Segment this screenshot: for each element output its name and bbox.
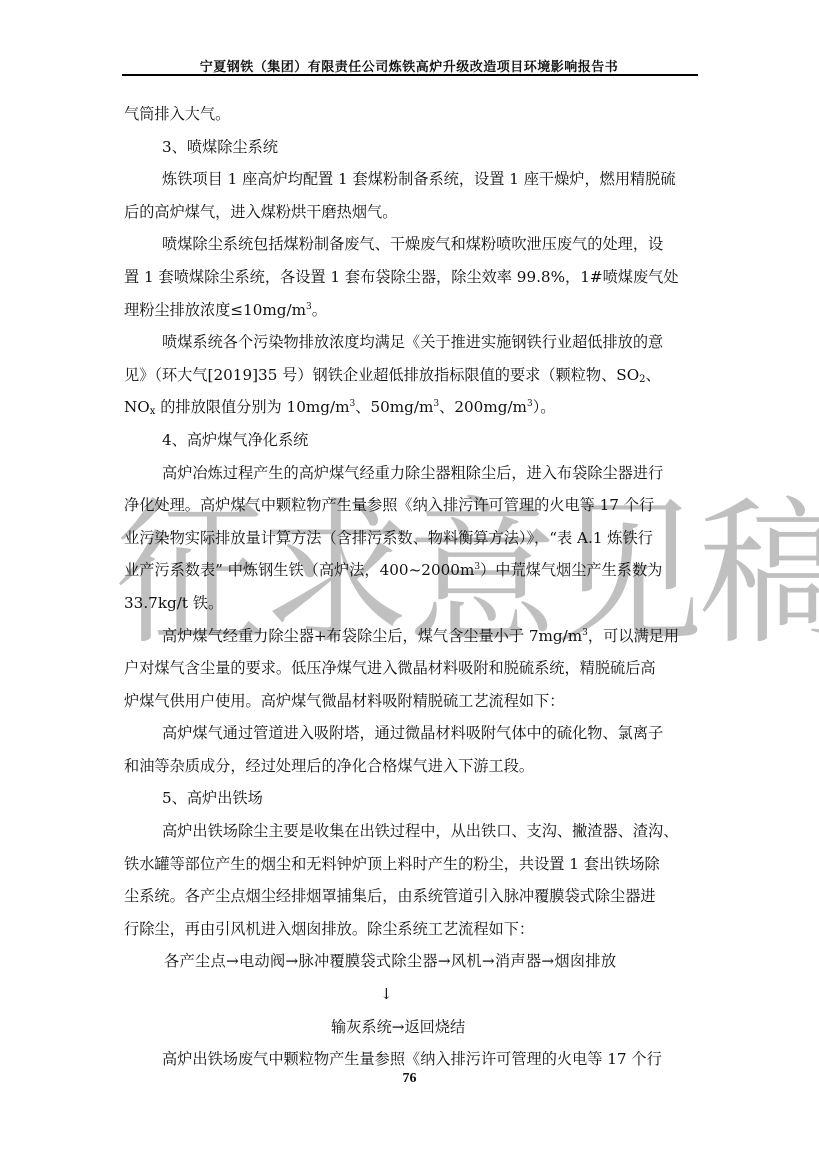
- paragraph-s4-2: 高炉煤气经重力除尘器+布袋除尘后，煤气含尘量小于 7mg/m3，可以满足用 户对…: [124, 620, 697, 718]
- paragraph-s3-1: 炼铁项目 1 座高炉均配置 1 套煤粉制备系统，设置 1 座干燥炉，燃用精脱硫 …: [124, 163, 697, 228]
- page-number: 76: [0, 1071, 819, 1087]
- process-flow-main: 各产尘点→电动阀→脉冲覆膜袋式除尘器→风机→消声器→烟囱排放: [124, 945, 697, 978]
- document-body: 气筒排入大气。 3、喷煤除尘系统 炼铁项目 1 座高炉均配置 1 套煤粉制备系统…: [124, 98, 697, 1076]
- paragraph-s5-1: 高炉出铁场除尘主要是收集在出铁过程中，从出铁口、支沟、撇渣器、渣沟、 铁水罐等部…: [124, 815, 697, 945]
- section-heading-3: 3、喷煤除尘系统: [124, 131, 697, 164]
- paragraph-s3-3: 喷煤系统各个污染物排放浓度均满足《关于推进实施钢铁行业超低排放的意 见》（环大气…: [124, 326, 697, 424]
- section-heading-5: 5、高炉出铁场: [124, 782, 697, 815]
- down-arrow-icon: ↓: [124, 978, 697, 1011]
- process-flow-diagram: 各产尘点→电动阀→脉冲覆膜袋式除尘器→风机→消声器→烟囱排放 ↓ 输灰系统→返回…: [124, 945, 697, 1043]
- section-heading-4: 4、高炉煤气净化系统: [124, 424, 697, 457]
- paragraph-s4-3: 高炉煤气通过管道进入吸附塔，通过微晶材料吸附气体中的硫化物、氯离子 和油等杂质成…: [124, 717, 697, 782]
- paragraph-s3-2: 喷煤除尘系统包括煤粉制备废气、干燥废气和煤粉喷吹泄压废气的处理，设 置 1 套喷…: [124, 228, 697, 326]
- header-rule: [122, 74, 698, 76]
- paragraph-continuation: 气筒排入大气。: [124, 98, 697, 131]
- paragraph-s4-1: 高炉冶炼过程产生的高炉煤气经重力除尘器粗除尘后，进入布袋除尘器进行 净化处理。高…: [124, 457, 697, 620]
- process-flow-branch: 输灰系统→返回烧结: [124, 1011, 697, 1044]
- page-header-title: 宁夏钢铁（集团）有限责任公司炼铁高炉升级改造项目环境影响报告书: [122, 56, 696, 75]
